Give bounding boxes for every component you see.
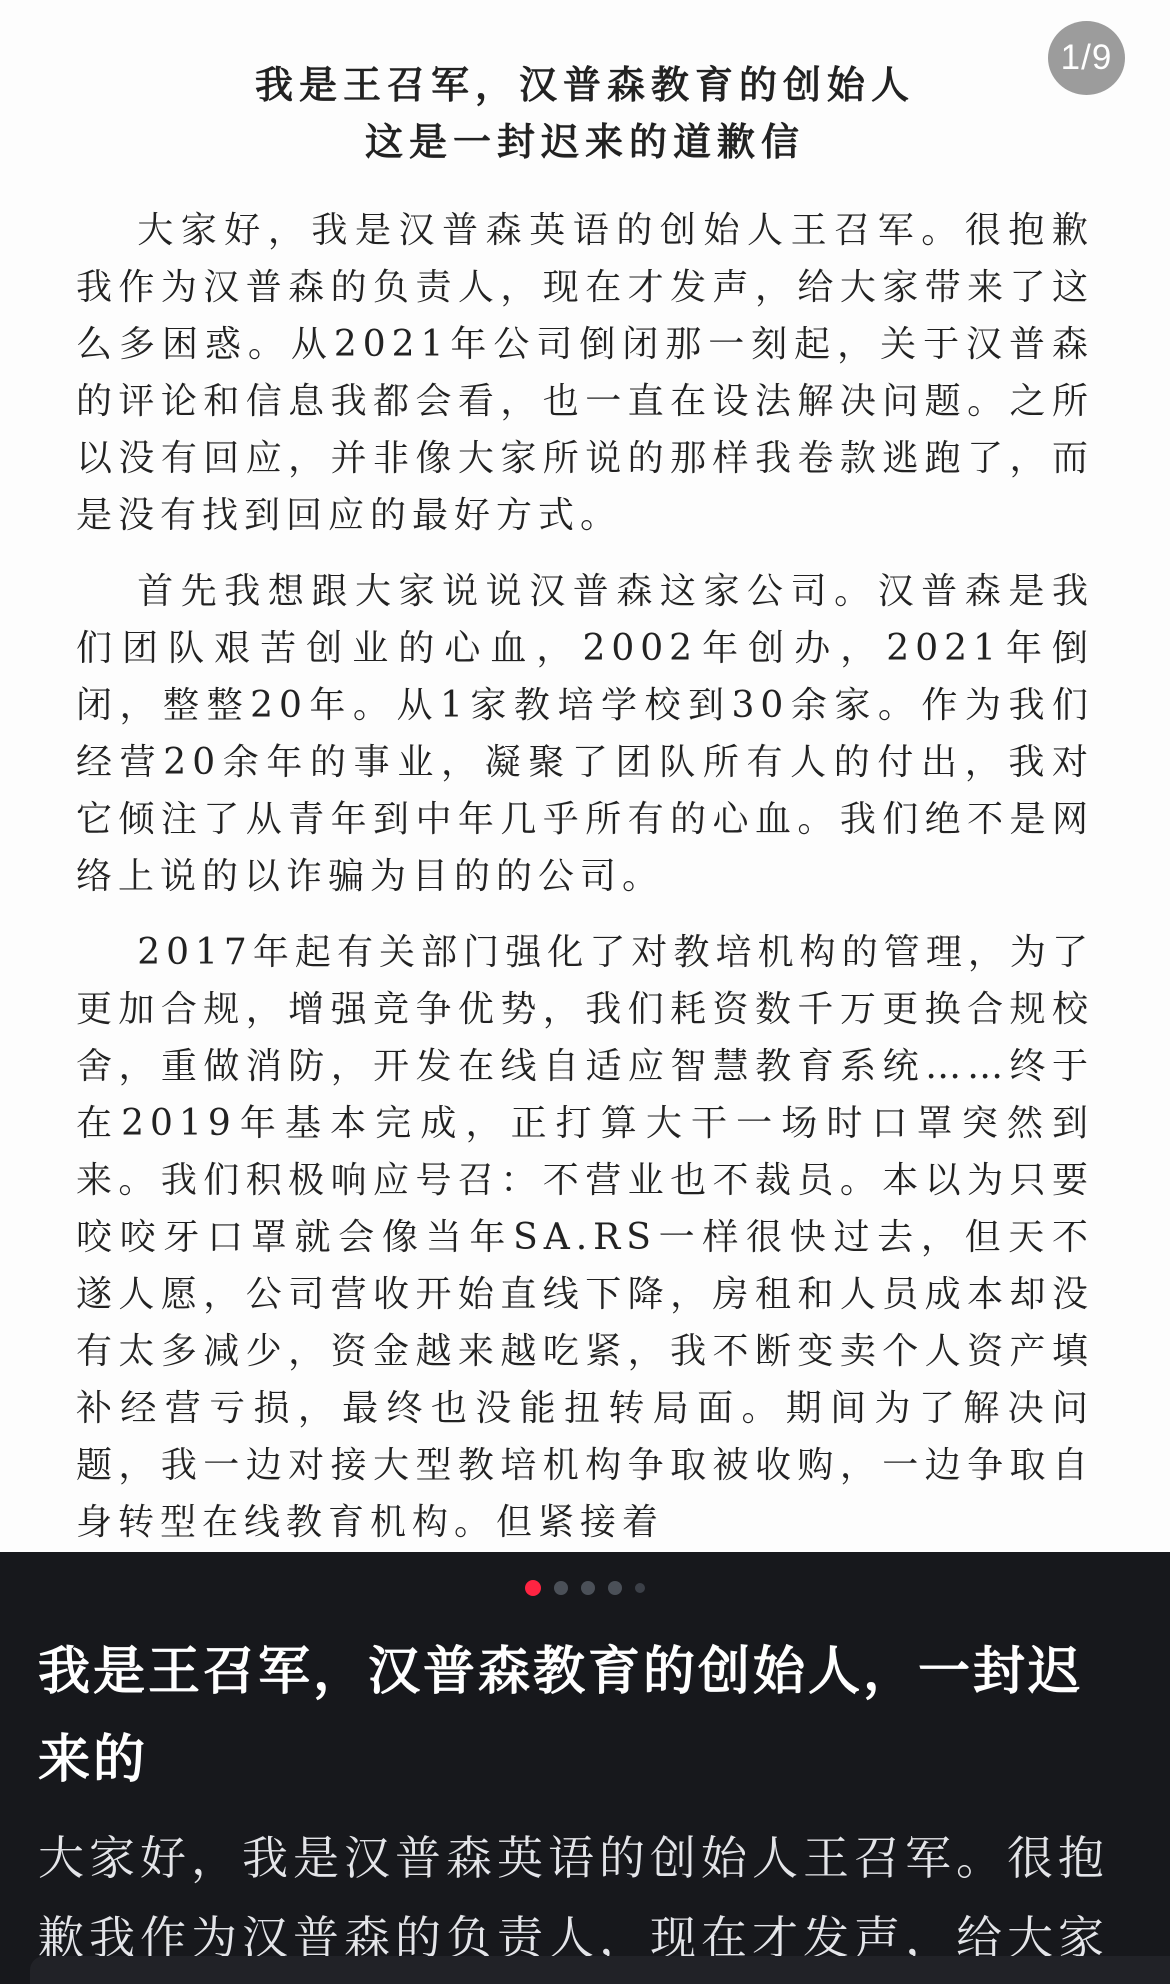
bottom-sheet-edge [30,1956,1170,1984]
post-detail-screen: 1/9 我是王召军，汉普森教育的创始人 这是一封迟来的道歉信 大家好，我是汉普森… [0,0,1170,1984]
letter-paragraph-3: 2017年起有关部门强化了对教培机构的管理，为了更加合规，增强竞争优势，我们耗资… [76,924,1094,1551]
carousel-dot-inactive [608,1581,622,1595]
letter-paragraph-1: 大家好，我是汉普森英语的创始人王召军。很抱歉我作为汉普森的负责人，现在才发声，给… [76,202,1094,544]
post-body-text: 大家好，我是汉普森英语的创始人王召军。很抱歉我作为汉普森的负责人，现在才发声，给… [38,1818,1132,1978]
post-title: 我是王召军，汉普森教育的创始人，一封迟来的 [38,1628,1132,1804]
page-indicator-label: 1/9 [1061,38,1113,78]
carousel-dot-inactive [554,1581,568,1595]
carousel-dots [0,1552,1170,1596]
carousel-dot-small [635,1583,645,1593]
carousel-dot-inactive [581,1581,595,1595]
carousel-dot-active [525,1580,541,1596]
caption-section: 我是王召军，汉普森教育的创始人，一封迟来的 大家好，我是汉普森英语的创始人王召军… [0,1552,1170,1984]
letter-content: 我是王召军，汉普森教育的创始人 这是一封迟来的道歉信 大家好，我是汉普森英语的创… [0,0,1170,1551]
letter-paragraph-2: 首先我想跟大家说说汉普森这家公司。汉普森是我们团队艰苦创业的心血，2002年创办… [76,563,1094,905]
letter-title-line-2: 这是一封迟来的道歉信 [76,113,1094,170]
letter-title-line-1: 我是王召军，汉普森教育的创始人 [76,56,1094,113]
page-indicator-badge: 1/9 [1048,21,1125,95]
carousel-image-letter[interactable]: 1/9 我是王召军，汉普森教育的创始人 这是一封迟来的道歉信 大家好，我是汉普森… [0,0,1170,1552]
